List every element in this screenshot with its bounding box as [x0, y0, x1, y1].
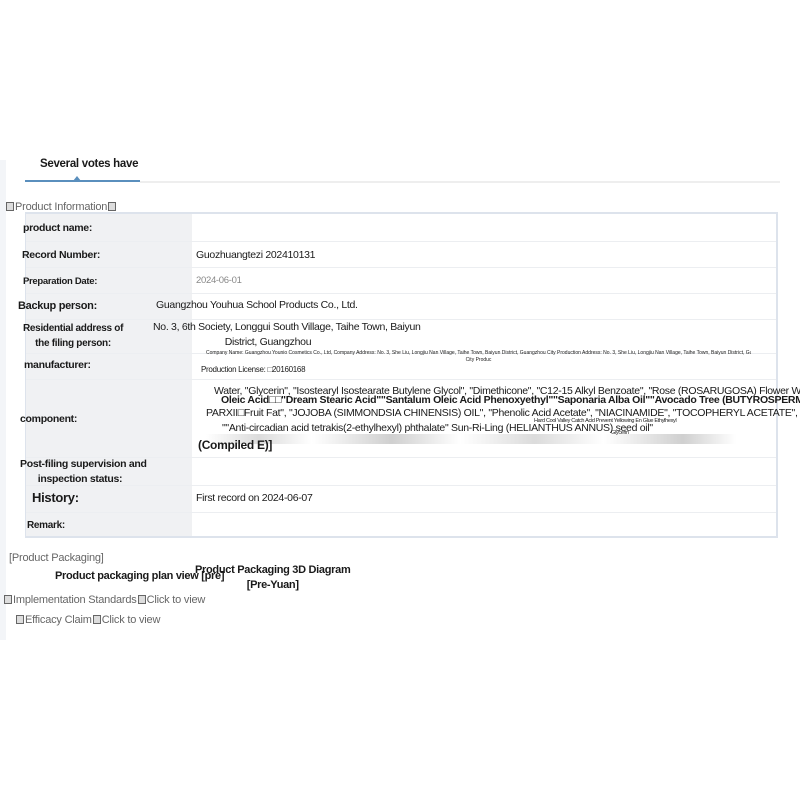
- implementation-standards-row: Implementation StandardsClick to view: [3, 594, 205, 606]
- left-edge-strip: [0, 160, 6, 640]
- bracket-left-icon: [16, 615, 24, 624]
- component-line3: PARXII□Fruit Fat", "JOJOBA (SIMMONDSIA C…: [206, 406, 800, 421]
- tab-bar-divider: [140, 181, 780, 183]
- efficacy-claim-view-link[interactable]: Click to view: [102, 614, 161, 626]
- row-remark: Remark:: [26, 512, 776, 538]
- component-line4-small: Hard Cool Valley Catch Acid Prevent Yell…: [534, 418, 676, 425]
- manufacturer-company-line1: Company Name: Guangzhou Younio Cosmetics…: [206, 350, 751, 357]
- packaging-3d-diagram-link[interactable]: Product Packaging 3D Diagram [Pre-Yuan]: [195, 563, 350, 593]
- bracket-left-icon: [6, 202, 14, 211]
- record-number-value: Guozhuangtezi 202410131: [196, 248, 315, 263]
- bracket-left-icon: [4, 595, 12, 604]
- product-info-table: product name: Record Number: Guozhuangte…: [25, 212, 778, 538]
- tab-several-votes[interactable]: Several votes have: [25, 150, 140, 183]
- tab-active-indicator: [25, 180, 140, 182]
- row-supervision: Post-filing supervision and inspection s…: [26, 457, 776, 486]
- row-record-number: Record Number: Guozhuangtezi 202410131: [26, 241, 776, 268]
- manufacturer-label: manufacturer:: [24, 358, 91, 373]
- caret-up-icon: [73, 176, 81, 181]
- tab-bar: Several votes have: [0, 150, 780, 184]
- packaging-3d-diagram-line2: [Pre-Yuan]: [195, 578, 350, 593]
- residential-address-value-line1: No. 3, 6th Society, Longgui South Villag…: [153, 320, 383, 335]
- implementation-standards-label: Implementation Standards: [13, 594, 137, 606]
- row-backup-person: Backup person: Guangzhou Youhua School P…: [26, 293, 776, 320]
- component-label: component:: [20, 412, 77, 427]
- remark-label: Remark:: [27, 518, 65, 533]
- backup-person-label: Backup person:: [18, 299, 97, 314]
- row-product-name: product name:: [26, 214, 776, 242]
- product-name-label: product name:: [23, 221, 92, 236]
- bracket-right-icon: [93, 615, 101, 624]
- component-line5: (Compiled E)]: [198, 438, 272, 453]
- residential-address-label-line2: the filing person:: [23, 336, 113, 351]
- residential-address-label: Residential address of the filing person…: [23, 321, 113, 351]
- row-residential-address: Residential address of the filing person…: [26, 319, 776, 354]
- tab-label: Several votes have: [40, 158, 138, 170]
- residential-address-label-line1: Residential address of: [23, 321, 113, 336]
- backup-person-value: Guangzhou Youhua School Products Co., Lt…: [156, 298, 358, 313]
- supervision-label-line1: Post-filing supervision and: [20, 457, 140, 472]
- production-license: Production License: □20160168: [201, 362, 305, 377]
- efficacy-claim-label: Efficacy Claim: [25, 614, 92, 626]
- component-line4-small2: Glycerin: [611, 430, 629, 437]
- supervision-label: Post-filing supervision and inspection s…: [20, 457, 140, 487]
- residential-address-value: No. 3, 6th Society, Longgui South Villag…: [153, 320, 383, 350]
- packaging-3d-diagram-line1: Product Packaging 3D Diagram: [195, 563, 350, 578]
- bracket-right-icon: [138, 595, 146, 604]
- packaging-section-title: [Product Packaging]: [9, 552, 104, 564]
- implementation-standards-view-link[interactable]: Click to view: [147, 594, 206, 606]
- row-manufacturer: manufacturer: Company Name: Guangzhou Yo…: [26, 353, 776, 380]
- history-label: History:: [32, 490, 79, 505]
- preparation-date-value: 2024-06-01: [196, 273, 242, 288]
- row-preparation-date: Preparation Date: 2024-06-01: [26, 267, 776, 294]
- history-value: First record on 2024-06-07: [196, 491, 313, 506]
- record-number-label: Record Number:: [22, 248, 100, 263]
- residential-address-value-line2: District, Guangzhou: [153, 335, 383, 350]
- row-component: component: Water, "Glycerin", "Isosteary…: [26, 379, 776, 458]
- bracket-right-icon: [108, 202, 116, 211]
- efficacy-claim-row: Efficacy ClaimClick to view: [15, 614, 160, 626]
- preparation-date-label: Preparation Date:: [23, 274, 97, 289]
- row-history: History: First record on 2024-06-07: [26, 485, 776, 513]
